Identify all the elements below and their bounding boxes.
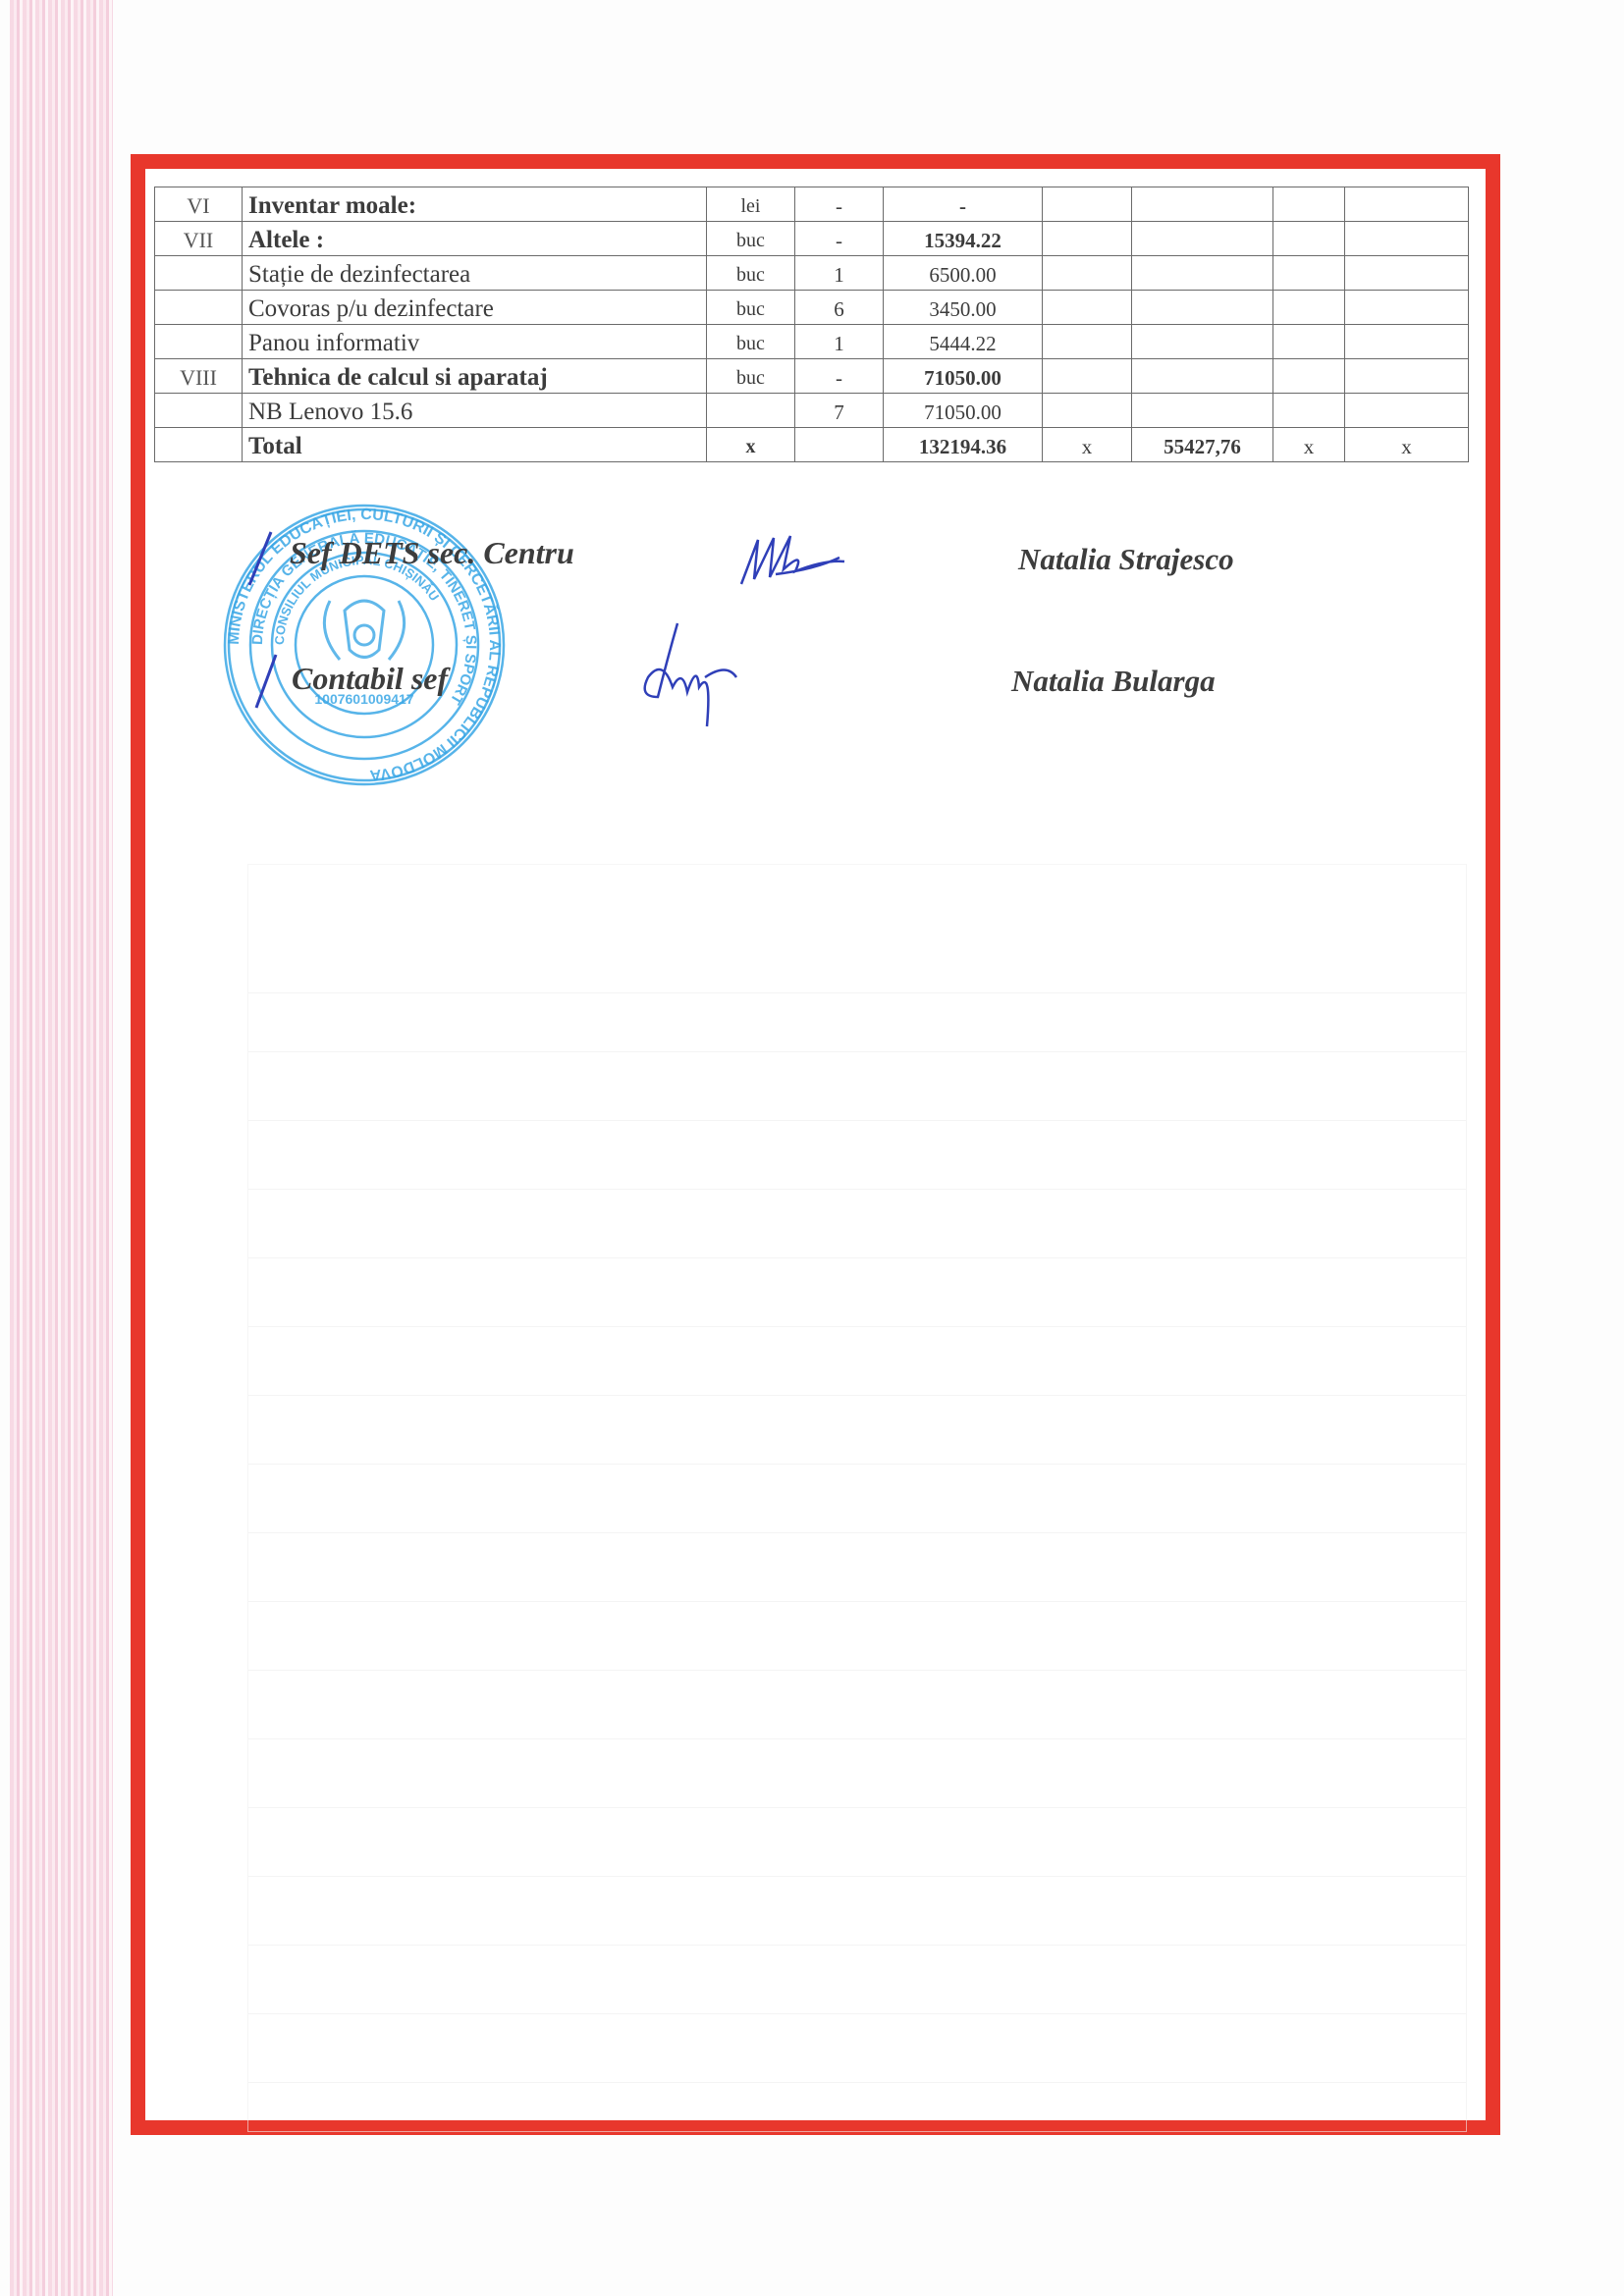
cell-qty: 1 bbox=[795, 256, 884, 291]
cell-num bbox=[155, 325, 243, 359]
cell-unit: buc bbox=[707, 256, 795, 291]
signature-mark-icon bbox=[245, 530, 275, 589]
cell-sum: 5444.22 bbox=[884, 325, 1043, 359]
cell-c9 bbox=[1345, 256, 1469, 291]
cell-unit: buc bbox=[707, 291, 795, 325]
cell-qty: - bbox=[795, 359, 884, 394]
cell-sum: - bbox=[884, 187, 1043, 222]
cell-c9 bbox=[1345, 187, 1469, 222]
cell-unit: buc bbox=[707, 325, 795, 359]
cell-desc: Altele : bbox=[243, 222, 707, 256]
cell-c6 bbox=[1043, 291, 1132, 325]
cell-c7 bbox=[1132, 256, 1273, 291]
cell-c6 bbox=[1043, 222, 1132, 256]
signature-name-accountant: Natalia Bularga bbox=[1011, 664, 1216, 699]
cell-qty: 7 bbox=[795, 394, 884, 428]
cell-num: VIII bbox=[155, 359, 243, 394]
cell-c6 bbox=[1043, 394, 1132, 428]
cell-num: VII bbox=[155, 222, 243, 256]
cell-c7 bbox=[1132, 291, 1273, 325]
cell-qty: 1 bbox=[795, 325, 884, 359]
cell-num bbox=[155, 394, 243, 428]
cell-desc: Inventar moale: bbox=[243, 187, 707, 222]
cell-qty: 6 bbox=[795, 291, 884, 325]
cell-num bbox=[155, 428, 243, 462]
cell-c6 bbox=[1043, 325, 1132, 359]
cell-c6 bbox=[1043, 187, 1132, 222]
cell-unit: x bbox=[707, 428, 795, 462]
cell-unit: lei bbox=[707, 187, 795, 222]
table-row: VIIITehnica de calcul si aparatajbuc-710… bbox=[155, 359, 1469, 394]
signature-mark-icon bbox=[250, 653, 280, 712]
bleed-through-ghost-table bbox=[247, 864, 1467, 2132]
table-row: Panou informativbuc15444.22 bbox=[155, 325, 1469, 359]
cell-c7 bbox=[1132, 187, 1273, 222]
cell-c8 bbox=[1273, 394, 1345, 428]
cell-c8 bbox=[1273, 187, 1345, 222]
table-row: Covoras p/u dezinfectarebuc63450.00 bbox=[155, 291, 1469, 325]
table-row: VIInventar moale:lei-- bbox=[155, 187, 1469, 222]
cell-qty: - bbox=[795, 187, 884, 222]
coat-of-arms-icon bbox=[324, 601, 404, 660]
table-row: Totalx132194.36x55427,76xx bbox=[155, 428, 1469, 462]
cell-desc: NB Lenovo 15.6 bbox=[243, 394, 707, 428]
cell-c9 bbox=[1345, 222, 1469, 256]
cell-unit bbox=[707, 394, 795, 428]
cell-c7 bbox=[1132, 394, 1273, 428]
signature-title-head: Sef DETS sec. Centru bbox=[290, 535, 574, 571]
cell-sum: 71050.00 bbox=[884, 394, 1043, 428]
cell-num: VI bbox=[155, 187, 243, 222]
cell-c9: x bbox=[1345, 428, 1469, 462]
cell-c7: 55427,76 bbox=[1132, 428, 1273, 462]
table-row: VIIAltele :buc-15394.22 bbox=[155, 222, 1469, 256]
cell-qty: - bbox=[795, 222, 884, 256]
cell-c8 bbox=[1273, 291, 1345, 325]
cell-sum: 15394.22 bbox=[884, 222, 1043, 256]
cell-qty bbox=[795, 428, 884, 462]
cell-c8: x bbox=[1273, 428, 1345, 462]
cell-unit: buc bbox=[707, 359, 795, 394]
cell-c8 bbox=[1273, 325, 1345, 359]
cell-desc: Panou informativ bbox=[243, 325, 707, 359]
cell-unit: buc bbox=[707, 222, 795, 256]
cell-c7 bbox=[1132, 359, 1273, 394]
cell-desc: Stație de dezinfectarea bbox=[243, 256, 707, 291]
cell-c9 bbox=[1345, 394, 1469, 428]
handwritten-signature-head bbox=[736, 530, 854, 589]
cell-c6 bbox=[1043, 256, 1132, 291]
cell-c7 bbox=[1132, 325, 1273, 359]
signature-name-head: Natalia Strajesco bbox=[1018, 542, 1234, 577]
cell-desc: Tehnica de calcul si aparataj bbox=[243, 359, 707, 394]
cell-sum: 71050.00 bbox=[884, 359, 1043, 394]
table-row: NB Lenovo 15.6771050.00 bbox=[155, 394, 1469, 428]
cell-num bbox=[155, 291, 243, 325]
cell-desc: Total bbox=[243, 428, 707, 462]
handwritten-signature-accountant bbox=[628, 618, 746, 736]
cell-sum: 3450.00 bbox=[884, 291, 1043, 325]
cell-c8 bbox=[1273, 256, 1345, 291]
cell-num bbox=[155, 256, 243, 291]
cell-c6: x bbox=[1043, 428, 1132, 462]
scan-margin-strip bbox=[10, 0, 113, 2296]
cell-c9 bbox=[1345, 291, 1469, 325]
cell-sum: 6500.00 bbox=[884, 256, 1043, 291]
cell-c8 bbox=[1273, 359, 1345, 394]
signature-title-accountant: Contabil sef bbox=[292, 661, 448, 697]
cell-c8 bbox=[1273, 222, 1345, 256]
cell-desc: Covoras p/u dezinfectare bbox=[243, 291, 707, 325]
cell-c9 bbox=[1345, 359, 1469, 394]
cell-c7 bbox=[1132, 222, 1273, 256]
cell-sum: 132194.36 bbox=[884, 428, 1043, 462]
cell-c9 bbox=[1345, 325, 1469, 359]
cell-c6 bbox=[1043, 359, 1132, 394]
table-row: Stație de dezinfectareabuc16500.00 bbox=[155, 256, 1469, 291]
inventory-table: VIInventar moale:lei--VIIAltele :buc-153… bbox=[154, 187, 1469, 462]
